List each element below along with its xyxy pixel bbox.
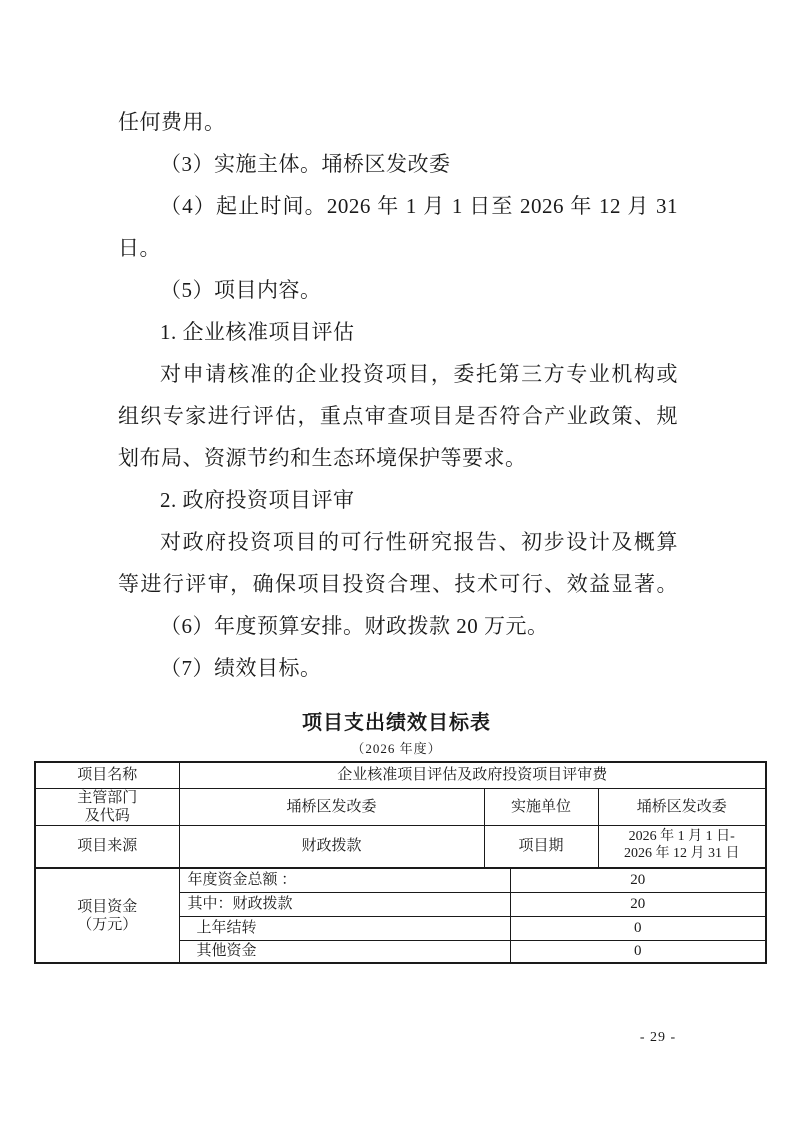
- department-label-line2: 及代码: [36, 807, 179, 825]
- funds-other-label-cell: 其他资金: [179, 940, 510, 963]
- table-row: 项目来源 财政拨款 项目期 2026 年 1 月 1 日- 2026 年 12 …: [35, 825, 766, 868]
- project-period-line1: 2026 年 1 月 1 日-: [599, 829, 766, 846]
- project-period-line2: 2026 年 12 月 31 日: [599, 846, 766, 863]
- table-row: 项目资金 （万元） 年度资金总额 ： 20: [35, 868, 766, 892]
- body-line: （3）实施主体。埇桥区发改委: [118, 143, 678, 185]
- table-row: 主管部门 及代码 埇桥区发改委 实施单位 埇桥区发改委: [35, 788, 766, 825]
- project-name-label-cell: 项目名称: [35, 762, 179, 788]
- table-row: 项目名称 企业核准项目评估及政府投资项目评审费: [35, 762, 766, 788]
- funds-label-line1: 项目资金: [36, 898, 179, 916]
- body-line: 对申请核准的企业投资项目，委托第三方专业机构或: [118, 353, 678, 395]
- funds-label-line2: （万元）: [36, 916, 179, 934]
- body-line: 组织专家进行评估，重点审查项目是否符合产业政策、规: [118, 395, 678, 437]
- project-source-label-cell: 项目来源: [35, 825, 179, 868]
- body-line: （5）项目内容。: [118, 269, 678, 311]
- body-text: 任何费用。 （3）实施主体。埇桥区发改委 （4）起止时间。2026 年 1 月 …: [118, 101, 678, 689]
- funds-carryover-label-cell: 上年结转: [179, 916, 510, 940]
- project-name-value-cell: 企业核准项目评估及政府投资项目评审费: [179, 762, 766, 788]
- funds-fiscal-label-cell: 其中：财政拨款: [179, 892, 510, 916]
- performance-table-subtitle: （2026 年度）: [0, 738, 793, 757]
- department-value-cell: 埇桥区发改委: [179, 788, 484, 825]
- body-line: 任何费用。: [118, 101, 678, 143]
- project-source-value-cell: 财政拨款: [179, 825, 484, 868]
- funds-total-value-cell: 20: [510, 868, 766, 892]
- funds-carryover-value-cell: 0: [510, 916, 766, 940]
- performance-target-table: 项目名称 企业核准项目评估及政府投资项目评审费 主管部门 及代码 埇桥区发改委 …: [34, 761, 767, 964]
- body-line: 1. 企业核准项目评估: [118, 311, 678, 353]
- body-line: 2. 政府投资项目评审: [118, 479, 678, 521]
- body-line: 等进行评审，确保项目投资合理、技术可行、效益显著。: [118, 563, 678, 605]
- department-label-cell: 主管部门 及代码: [35, 788, 179, 825]
- funds-other-value-cell: 0: [510, 940, 766, 963]
- funds-label-cell: 项目资金 （万元）: [35, 868, 179, 963]
- body-line: （4）起止时间。2026 年 1 月 1 日至 2026 年 12 月 31: [118, 185, 678, 227]
- department-label-line1: 主管部门: [36, 789, 179, 807]
- project-period-value-cell: 2026 年 1 月 1 日- 2026 年 12 月 31 日: [598, 825, 766, 868]
- performance-table-title: 项目支出绩效目标表: [0, 706, 793, 735]
- body-line: 对政府投资项目的可行性研究报告、初步设计及概算: [118, 521, 678, 563]
- body-line: 划布局、资源节约和生态环境保护等要求。: [118, 437, 678, 479]
- body-line: （7）绩效目标。: [118, 647, 678, 689]
- body-line: （6）年度预算安排。财政拨款 20 万元。: [118, 605, 678, 647]
- funds-fiscal-value-cell: 20: [510, 892, 766, 916]
- implement-unit-value-cell: 埇桥区发改委: [598, 788, 766, 825]
- page-number: - 29 -: [598, 1030, 718, 1046]
- funds-total-label-cell: 年度资金总额 ：: [179, 868, 510, 892]
- document-page: 任何费用。 （3）实施主体。埇桥区发改委 （4）起止时间。2026 年 1 月 …: [0, 0, 793, 1122]
- body-line: 日。: [118, 227, 678, 269]
- implement-unit-label-cell: 实施单位: [484, 788, 598, 825]
- project-period-label-cell: 项目期: [484, 825, 598, 868]
